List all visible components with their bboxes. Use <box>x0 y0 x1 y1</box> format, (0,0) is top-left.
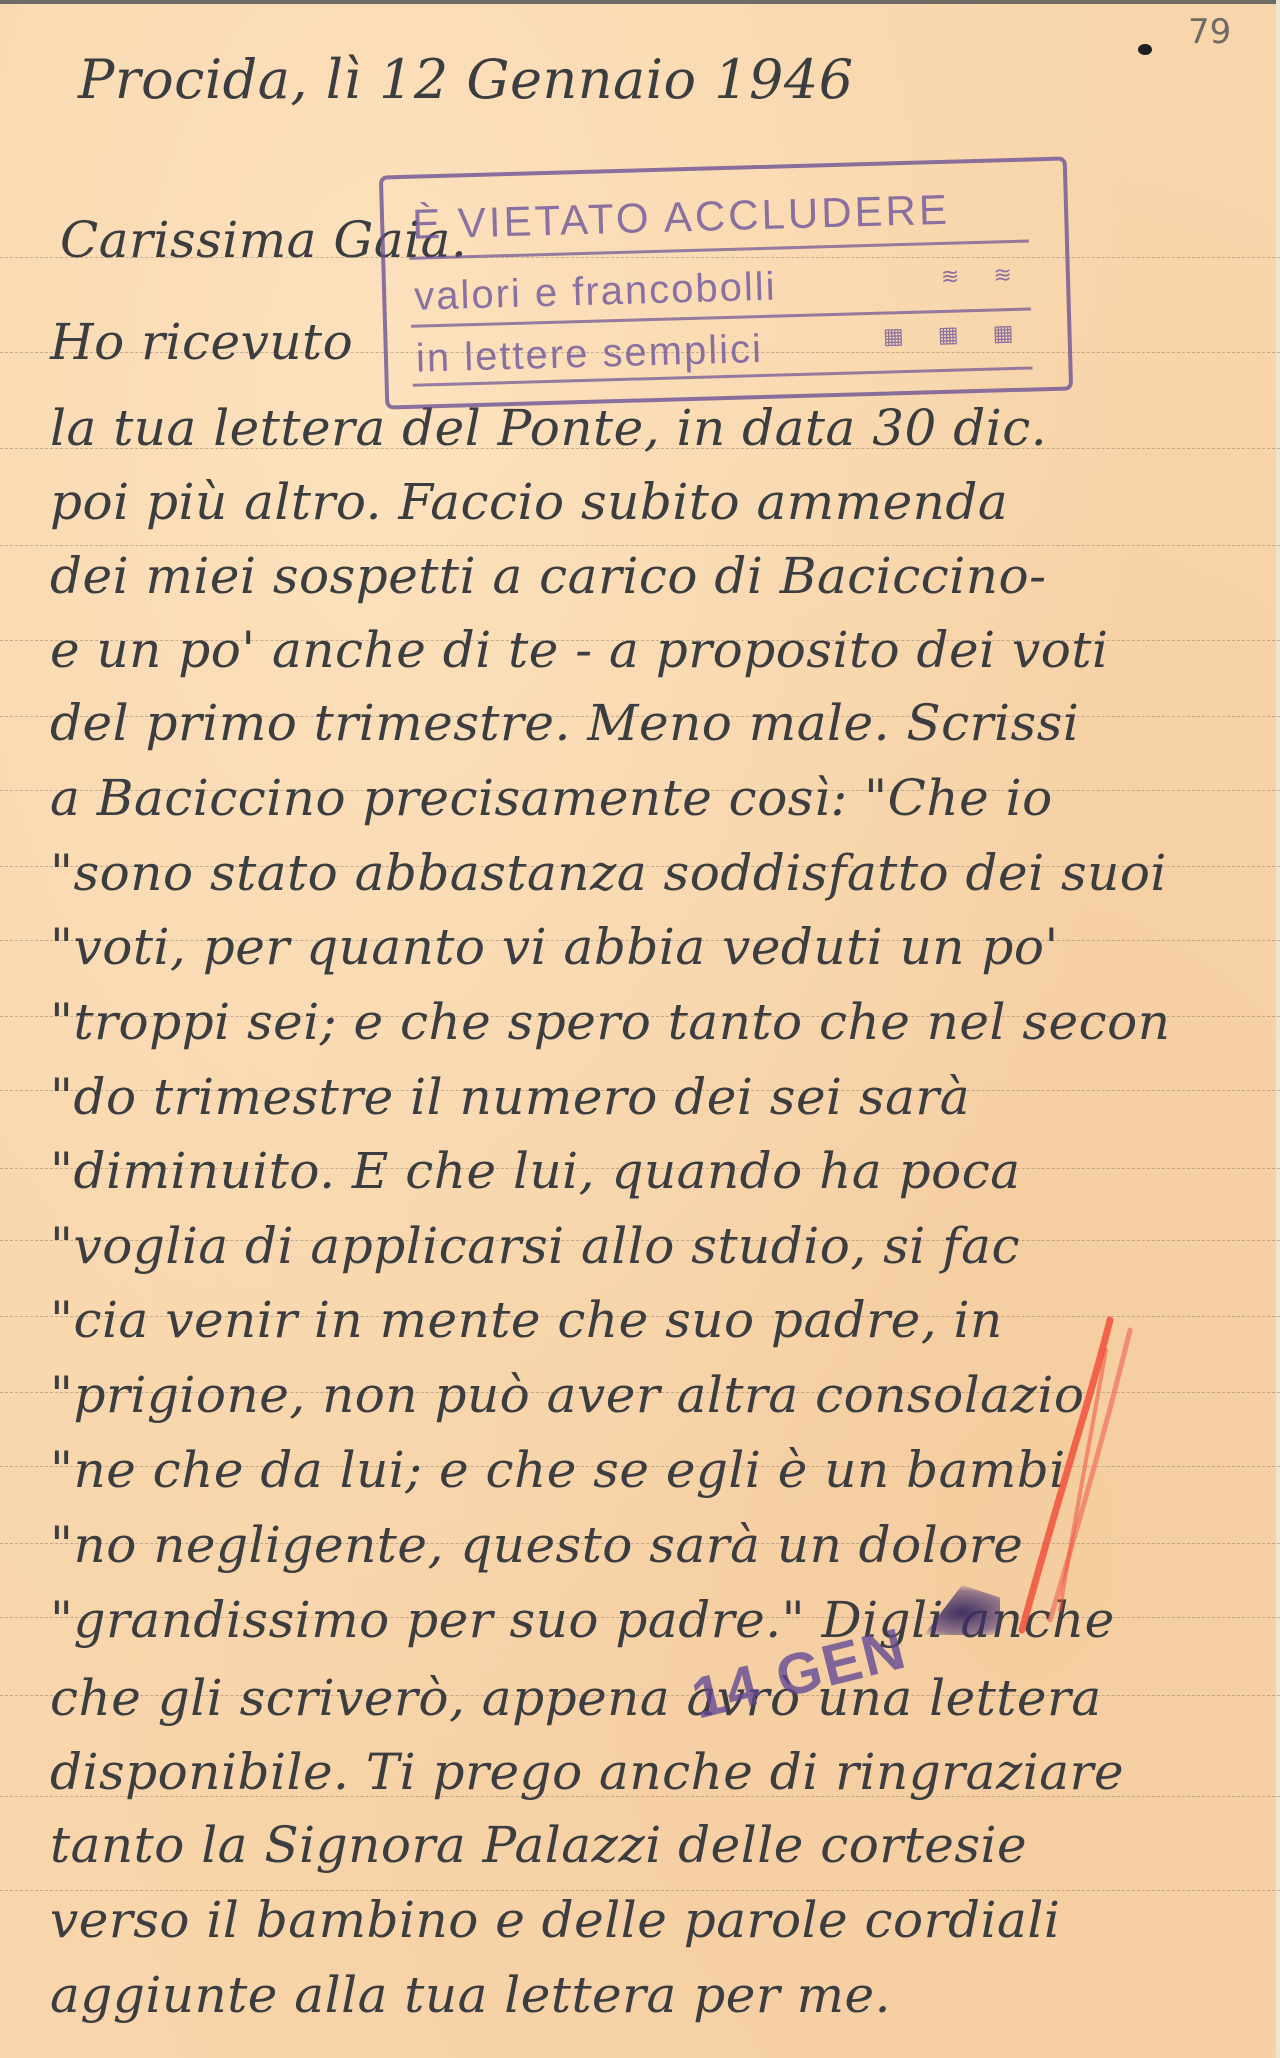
censor-stamp-line-2: valori e francobolli <box>414 265 778 320</box>
scan-top-edge <box>0 0 1280 4</box>
ink-dot <box>1138 44 1152 55</box>
scan-right-edge <box>1276 0 1280 2058</box>
letter-line: "ne che da lui; e che se egli è un bambi <box>50 1440 1066 1500</box>
letter-line: Ho ricevuto <box>50 312 353 372</box>
letter-line: "do trimestre il numero dei sei sarà <box>50 1067 970 1127</box>
letter-line: "sono stato abbastanza soddisfatto dei s… <box>50 843 1167 903</box>
letter-line: e un po' anche di te - a proposito dei v… <box>50 620 1108 680</box>
letter-line: aggiunte alla tua lettera per me. <box>50 1965 891 2025</box>
censor-stamp-line-3: in lettere semplici <box>415 327 763 382</box>
letter-line: verso il bambino e delle parole cordiali <box>50 1890 1060 1950</box>
letter-date-heading: Procida, lì 12 Gennaio 1946 <box>78 50 854 110</box>
censor-stamp: È VIETATO ACCLUDERE valori e francobolli… <box>379 156 1073 409</box>
censor-stamp-line-1: È VIETATO ACCLUDERE <box>412 186 951 249</box>
letter-line: disponibile. Ti prego anche di ringrazia… <box>50 1742 1124 1802</box>
letter-line: "cia venir in mente che suo padre, in <box>50 1290 1003 1350</box>
letter-line: tanto la Signora Palazzi delle cortesie <box>50 1815 1027 1875</box>
letter-line: poi più altro. Faccio subito ammenda <box>50 472 1008 532</box>
letter-line: "troppi sei; e che spero tanto che nel s… <box>50 992 1170 1052</box>
letter-line: "diminuito. E che lui, quando ha poca <box>50 1141 1021 1201</box>
letter-line: "no negligente, questo sarà un dolore <box>50 1515 1023 1575</box>
letter-page: 79 Procida, lì 12 Gennaio 1946 Carissima… <box>0 0 1280 2058</box>
letter-line: "prigione, non può aver altra consolazio <box>50 1365 1084 1425</box>
letter-line: a Baciccino precisamente così: "Che io <box>50 768 1053 828</box>
letter-line: dei miei sospetti a carico di Baciccino- <box>50 546 1047 606</box>
letter-line: la tua lettera del Ponte, in data 30 dic… <box>50 398 1047 458</box>
stamp-seal-glyphs: ≋ ≋ <box>941 262 1027 290</box>
letter-line: del primo trimestre. Meno male. Scrissi <box>50 693 1079 753</box>
letter-line: che gli scriverò, appena avrò una letter… <box>50 1668 1102 1728</box>
page-number: 79 <box>1188 12 1231 52</box>
stamp-seal-glyphs: ▦ ▦ ▦ <box>883 320 1028 350</box>
letter-line: "voti, per quanto vi abbia veduti un po' <box>50 917 1059 977</box>
letter-line: "voglia di applicarsi allo studio, si fa… <box>50 1216 1020 1276</box>
